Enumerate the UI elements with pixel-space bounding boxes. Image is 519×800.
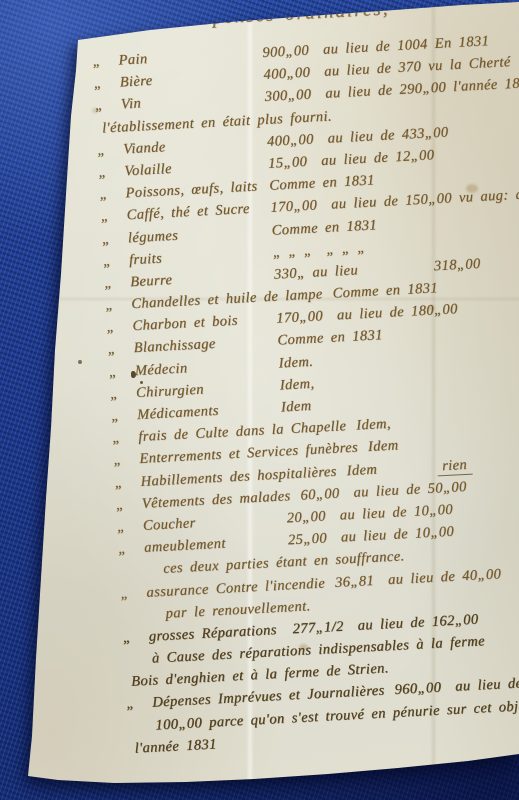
manuscript-paper: Dépenses ordinaires, „Pain900„00au lieu … xyxy=(0,0,519,800)
line-note: „ „ „ xyxy=(326,240,366,259)
ink-blot xyxy=(78,360,82,364)
line-value: 277„1/2 xyxy=(292,618,358,638)
line-value: Idem xyxy=(346,460,391,479)
line-label: Pain xyxy=(118,45,263,70)
line-value: 25„00 xyxy=(288,530,342,550)
photo-scene: Dépenses ordinaires, „Pain900„00au lieu … xyxy=(0,0,519,800)
ditto-mark: „ xyxy=(98,163,125,181)
ditto-mark: „ xyxy=(113,451,140,469)
ditto-mark: „ xyxy=(95,97,122,115)
ditto-mark: „ xyxy=(126,695,153,713)
line-note: au lieu de 1004 En 1831 xyxy=(323,33,490,59)
line-text: l'année 1831 xyxy=(134,736,217,757)
manuscript-title: Dépenses ordinaires, xyxy=(186,0,519,35)
ditto-mark: „ xyxy=(118,540,145,558)
ditto-mark: „ xyxy=(105,296,132,314)
line-value: 960„00 xyxy=(394,679,456,699)
ditto-mark: „ xyxy=(111,407,138,425)
ditto-mark: „ xyxy=(99,186,126,204)
ditto-mark: „ xyxy=(106,318,133,336)
ditto-mark: „ xyxy=(103,252,130,270)
ditto-mark: „ xyxy=(110,385,137,403)
line-value: 300„00 xyxy=(264,86,326,106)
line-value: 900„00 xyxy=(262,42,324,62)
ditto-mark: „ xyxy=(122,629,149,647)
ditto-mark: „ xyxy=(112,429,139,447)
ditto-mark: „ xyxy=(117,518,144,536)
ditto-mark: „ xyxy=(120,584,147,602)
manuscript-text: Dépenses ordinaires, „Pain900„00au lieu … xyxy=(90,0,519,763)
line-note-underlined: rien xyxy=(437,456,473,476)
paper-shadow: Dépenses ordinaires, „Pain900„00au lieu … xyxy=(0,0,519,800)
ditto-mark: „ xyxy=(92,53,119,71)
ditto-mark: „ xyxy=(107,341,134,359)
line-value: Idem xyxy=(368,437,413,456)
ditto-mark: „ xyxy=(114,474,141,492)
ditto-mark: „ xyxy=(93,75,120,93)
ditto-mark: „ xyxy=(104,274,131,292)
line-value: 170„00 xyxy=(276,308,338,328)
line-value: 60„00 xyxy=(300,485,354,505)
line-note: 318„00 xyxy=(433,256,481,275)
ditto-mark: „ xyxy=(100,208,127,226)
manuscript-lines: „Pain900„00au lieu de 1004 En 1831„Bière… xyxy=(92,21,519,762)
line-value: 400„00 xyxy=(263,64,325,84)
ditto-mark: „ xyxy=(97,141,124,159)
line-value: Idem xyxy=(281,397,326,416)
line-value: 36„81 xyxy=(335,572,389,592)
line-note: au lieu de xyxy=(455,676,519,696)
ditto-mark: „ xyxy=(108,363,135,381)
line-value: 330„ au lieu xyxy=(274,261,373,283)
line-value: Idem. xyxy=(278,353,327,373)
line-value: Idem, xyxy=(279,375,328,395)
photo-root: { "scene": { "description": "Photograph … xyxy=(0,0,519,800)
line-value: 170„00 xyxy=(270,197,332,217)
ditto-mark: „ xyxy=(101,230,128,248)
line-value: „ „ „ xyxy=(272,242,326,262)
line-value: 15„00 xyxy=(268,153,322,173)
line-value: Idem, xyxy=(356,415,405,435)
line-value: 400„00 xyxy=(267,130,329,150)
line-value: 20„00 xyxy=(286,508,340,528)
ditto-mark: „ xyxy=(115,496,142,514)
